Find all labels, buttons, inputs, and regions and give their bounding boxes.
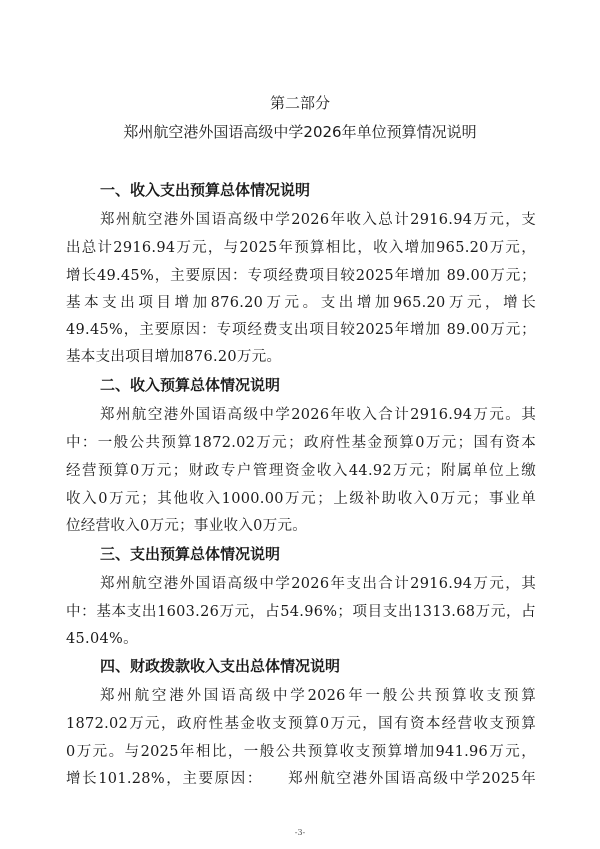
page-number: -3- xyxy=(0,828,600,837)
document-title: 郑州航空港外国语高级中学2026年单位预算情况说明 xyxy=(0,121,600,142)
paragraph-line: 中：一般公共预算1872.02万元；政府性基金预算0万元；国有资本 xyxy=(66,431,536,452)
section-heading-3: 三、支出预算总体情况说明 xyxy=(100,543,280,564)
paragraph-line: 基本支出项目增加876.20万元。支出增加965.20万元，增长 xyxy=(66,291,536,312)
paragraph-line: 1872.02万元，政府性基金收支预算0万元，国有资本经营收支预算 xyxy=(66,712,536,733)
section-heading-4: 四、财政拨款收入支出总体情况说明 xyxy=(100,655,340,676)
paragraph-line: 郑州航空港外国语高级中学2026年一般公共预算收支预算 xyxy=(100,684,536,705)
paragraph-line: 增长49.45%，主要原因：专项经费项目较2025年增加 89.00万元； xyxy=(66,264,536,285)
paragraph-line: 出总计2916.94万元，与2025年预算相比，收入增加965.20万元， xyxy=(66,236,536,257)
paragraph-line: 45.04%。 xyxy=(66,627,536,648)
paragraph-line: 中：基本支出1603.26万元，占54.96%；项目支出1313.68万元，占 xyxy=(66,600,536,621)
paragraph-line: 收入0万元；其他收入1000.00万元；上级补助收入0万元；事业单 xyxy=(66,487,536,508)
paragraph-line: 郑州航空港外国语高级中学2026年收入总计2916.94万元，支 xyxy=(100,208,536,229)
paragraph-line: 位经营收入0万元；事业收入0万元。 xyxy=(66,514,536,535)
paragraph-line: 郑州航空港外国语高级中学2026年收入合计2916.94万元。其 xyxy=(100,403,536,424)
paragraph-line: 0万元。与2025年相比，一般公共预算收支预算增加941.96万元， xyxy=(66,740,536,761)
paragraph-line: 基本支出项目增加876.20万元。 xyxy=(66,345,536,366)
paragraph-line: 郑州航空港外国语高级中学2026年支出合计2916.94万元，其 xyxy=(100,572,536,593)
section-heading-1: 一、收入支出预算总体情况说明 xyxy=(100,179,310,200)
paragraph-line: 49.45%，主要原因：专项经费支出项目较2025年增加 89.00万元； xyxy=(66,318,536,339)
paragraph-line: 增长101.28%，主要原因： 郑州航空港外国语高级中学2025年 xyxy=(66,767,536,788)
section-heading-2: 二、收入预算总体情况说明 xyxy=(100,374,280,395)
paragraph-line: 经营预算0万元；财政专户管理资金收入44.92万元；附属单位上缴 xyxy=(66,459,536,480)
part-label: 第二部分 xyxy=(0,92,600,113)
